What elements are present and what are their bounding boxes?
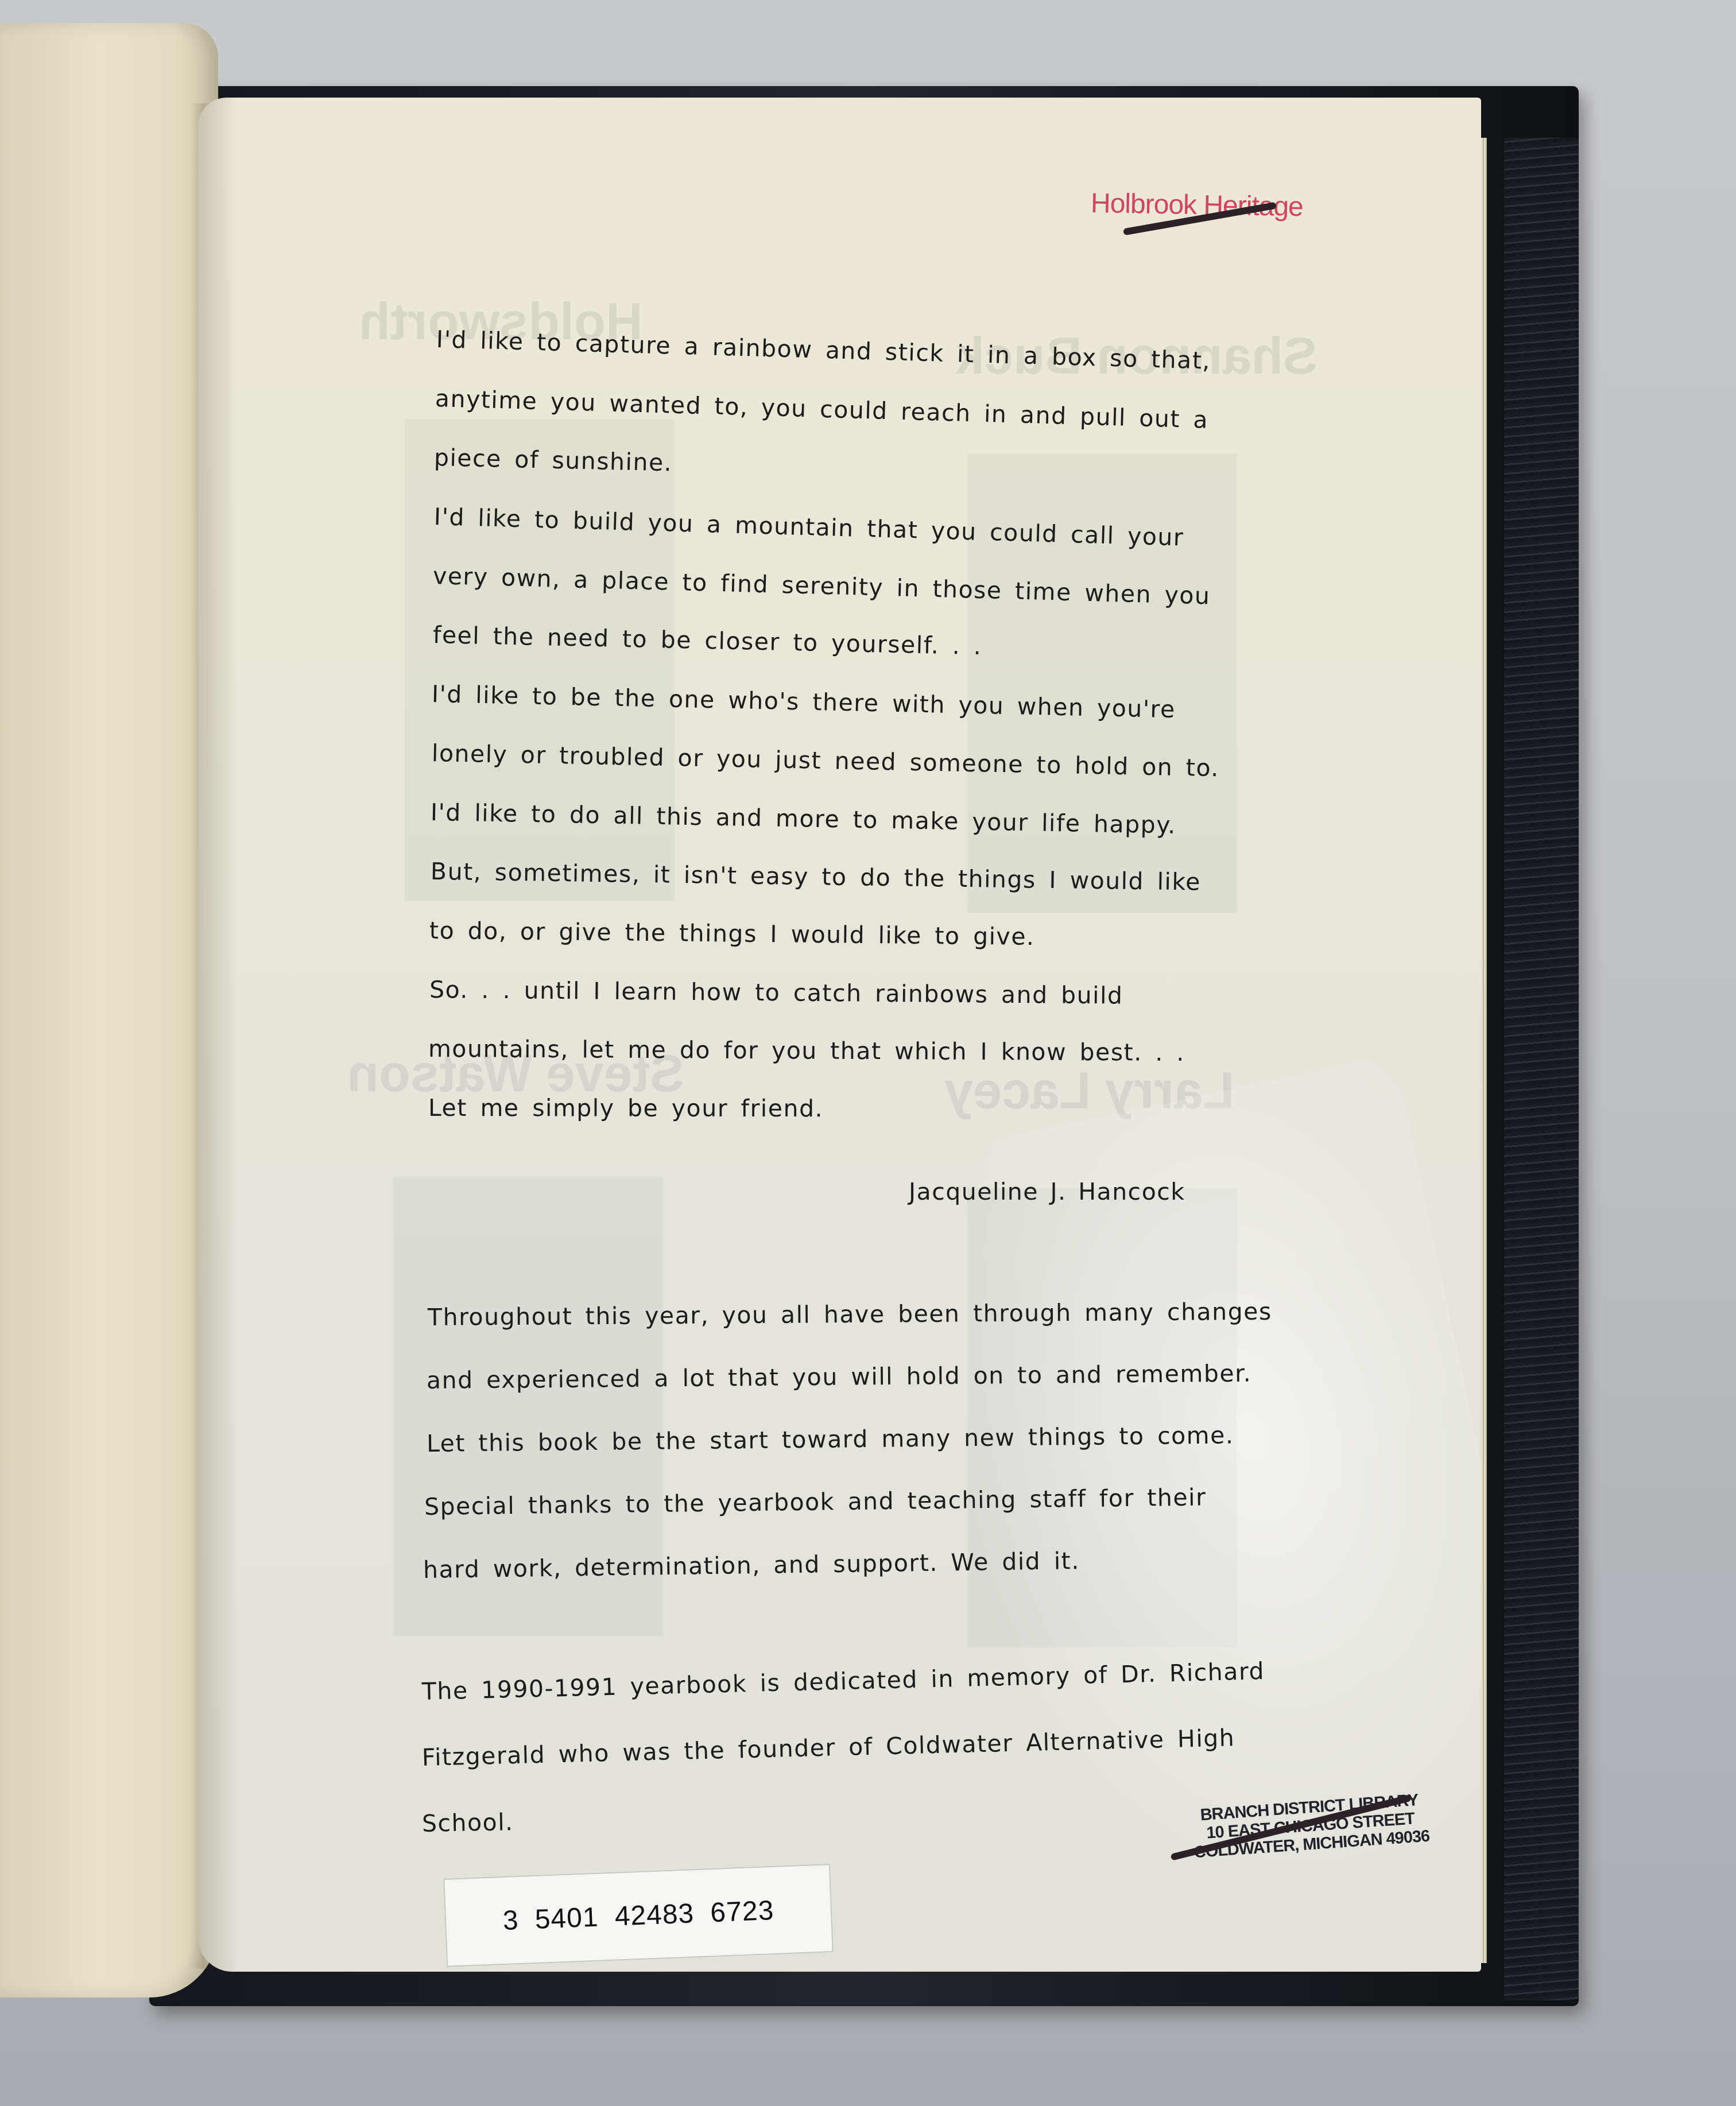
- barcode-number: 3 5401 42483 6723: [502, 1894, 775, 1936]
- thanks-paragraph: Throughout this year, you all have been …: [428, 1286, 1432, 1601]
- thanks-line: Let this book be the start toward many n…: [426, 1402, 1432, 1475]
- poem: I'd like to capture a rainbow and stick …: [436, 310, 1441, 1138]
- poem-line: to do, or give the things I would like t…: [429, 901, 1441, 971]
- thanks-line: and experienced a lot that you will hold…: [427, 1340, 1433, 1412]
- left-page-curl: [0, 23, 218, 1998]
- thanks-line: Throughout this year, you all have been …: [428, 1279, 1433, 1349]
- barcode-label: 3 5401 42483 6723: [443, 1864, 833, 1967]
- poem-line: Let me simply be your friend.: [428, 1079, 1441, 1139]
- poem-line: mountains, let me do for you that which …: [428, 1019, 1441, 1084]
- photo-scene: Holdsworth Shannon Buck Steve Watson Lar…: [0, 0, 1736, 2106]
- thanks-line: hard work, determination, and support. W…: [423, 1524, 1432, 1601]
- cover-edge: [1504, 138, 1579, 2000]
- poem-author: Jacqueline J. Hancock: [909, 1178, 1185, 1205]
- poem-line: So. . . until I learn how to catch rainb…: [429, 960, 1441, 1028]
